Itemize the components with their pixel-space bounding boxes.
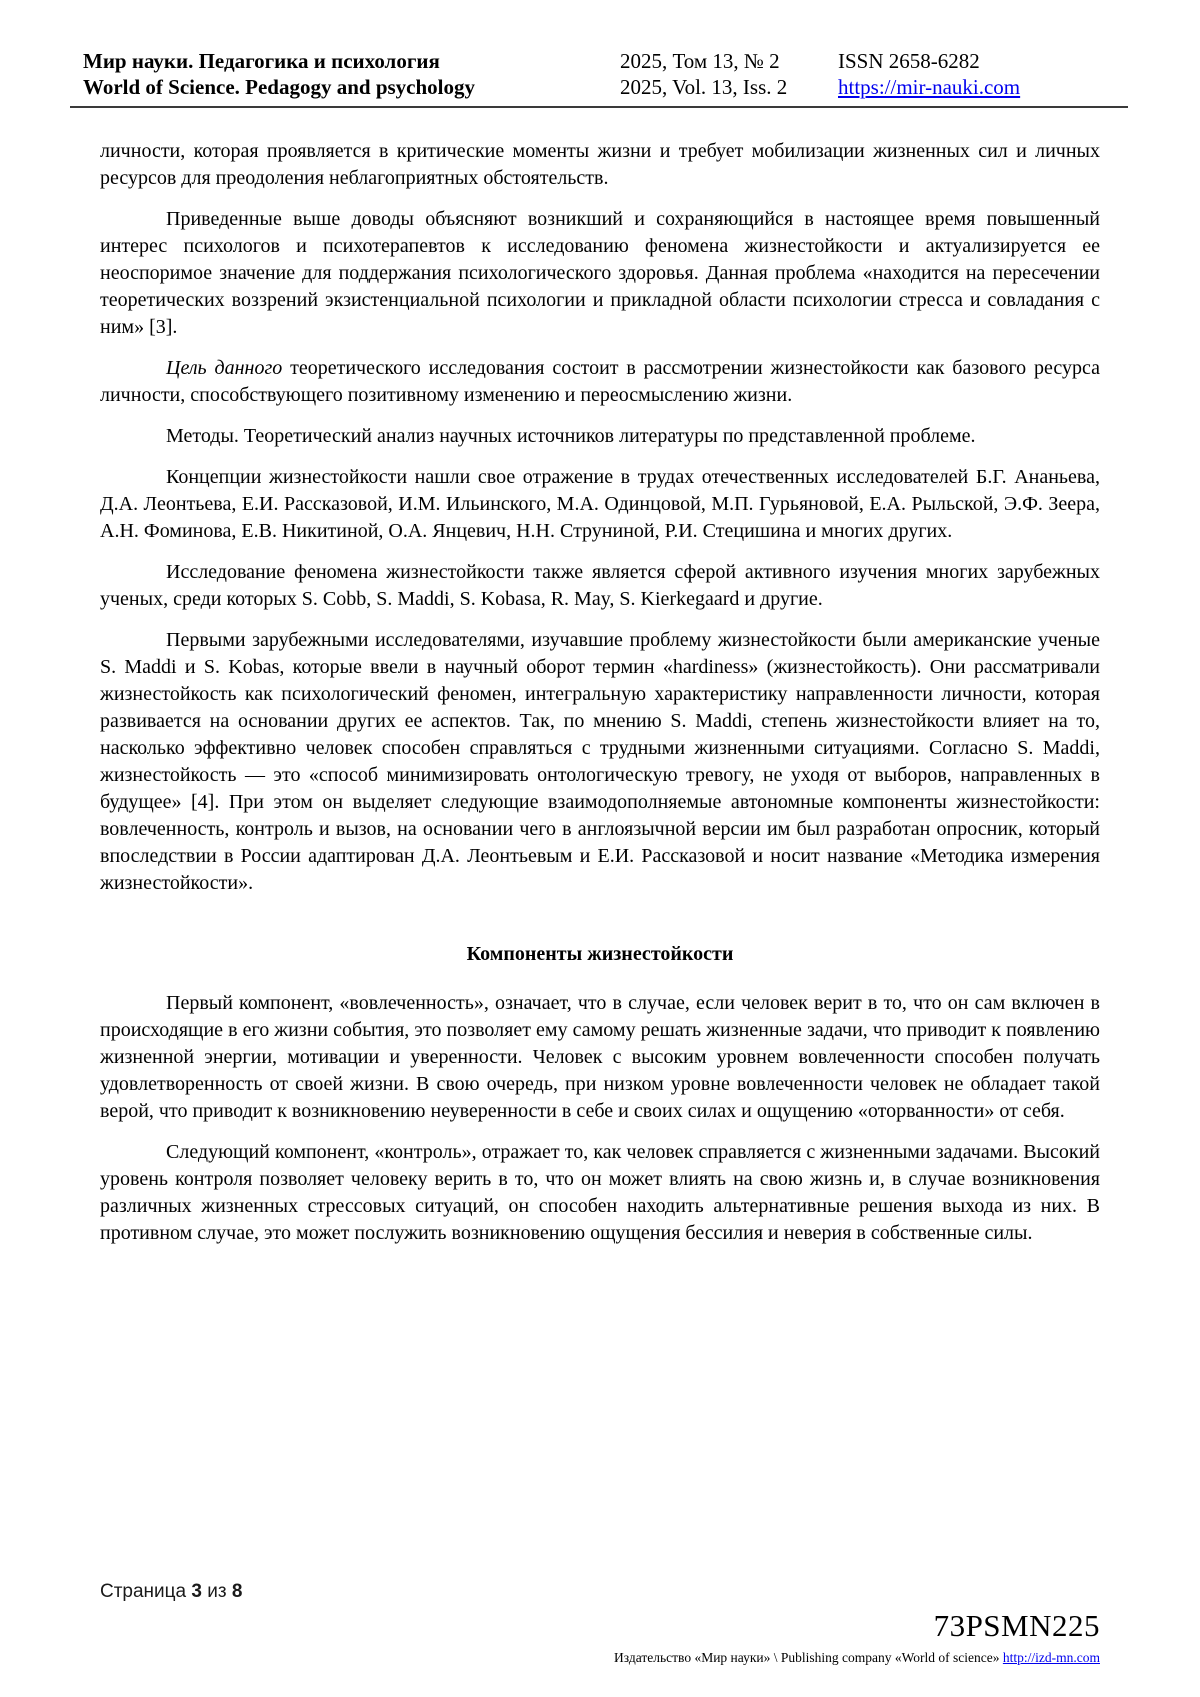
page-header: Мир науки. Педагогика и психология World… bbox=[70, 48, 1128, 108]
issn-block: ISSN 2658-6282 https://mir-nauki.com bbox=[838, 48, 1020, 100]
article-body: личности, которая проявляется в критичес… bbox=[100, 138, 1100, 1261]
publisher-line: Издательство «Мир науки» \ Publishing co… bbox=[614, 1650, 1100, 1666]
paragraph: Следующий компонент, «контроль», отражае… bbox=[100, 1139, 1100, 1247]
journal-title-block: Мир науки. Педагогика и психология World… bbox=[83, 48, 475, 100]
section-heading: Компоненты жизнестойкости bbox=[100, 941, 1100, 968]
page-total: 8 bbox=[232, 1581, 243, 1602]
publisher-text: Издательство «Мир науки» \ Publishing co… bbox=[614, 1650, 1003, 1665]
journal-title-ru: Мир науки. Педагогика и психология bbox=[83, 48, 475, 74]
journal-title-en: World of Science. Pedagogy and psycholog… bbox=[83, 74, 475, 100]
publisher-site-link[interactable]: http://izd-mn.com bbox=[1003, 1650, 1100, 1665]
paragraph: Приведенные выше доводы объясняют возник… bbox=[100, 206, 1100, 341]
journal-site-link[interactable]: https://mir-nauki.com bbox=[838, 75, 1020, 99]
page-word: Страница bbox=[100, 1581, 186, 1602]
issn-number: ISSN 2658-6282 bbox=[838, 48, 1020, 74]
issue-en: 2025, Vol. 13, Iss. 2 bbox=[620, 74, 787, 100]
paragraph-goal-italic-lead: Цель данного bbox=[166, 357, 282, 379]
paragraph-goal: Цель данного теоретического исследования… bbox=[100, 355, 1100, 409]
page-current: 3 bbox=[191, 1581, 202, 1602]
of-word: из bbox=[207, 1581, 226, 1602]
paragraph: Первый компонент, «вовлеченность», означ… bbox=[100, 990, 1100, 1125]
article-code: 73PSMN225 bbox=[934, 1608, 1100, 1644]
issue-ru: 2025, Том 13, № 2 bbox=[620, 48, 787, 74]
paragraph: Исследование феномена жизнестойкости так… bbox=[100, 559, 1100, 613]
paragraph-continuation: личности, которая проявляется в критичес… bbox=[100, 138, 1100, 192]
paragraph: Концепции жизнестойкости нашли свое отра… bbox=[100, 464, 1100, 545]
paragraph: Первыми зарубежными исследователями, изу… bbox=[100, 627, 1100, 897]
paragraph-methods: Методы. Теоретический анализ научных ист… bbox=[100, 423, 1100, 450]
issue-info-block: 2025, Том 13, № 2 2025, Vol. 13, Iss. 2 bbox=[620, 48, 787, 100]
document-page: Мир науки. Педагогика и психология World… bbox=[0, 0, 1200, 1697]
page-number-label: Страница 3 из 8 bbox=[100, 1581, 242, 1603]
